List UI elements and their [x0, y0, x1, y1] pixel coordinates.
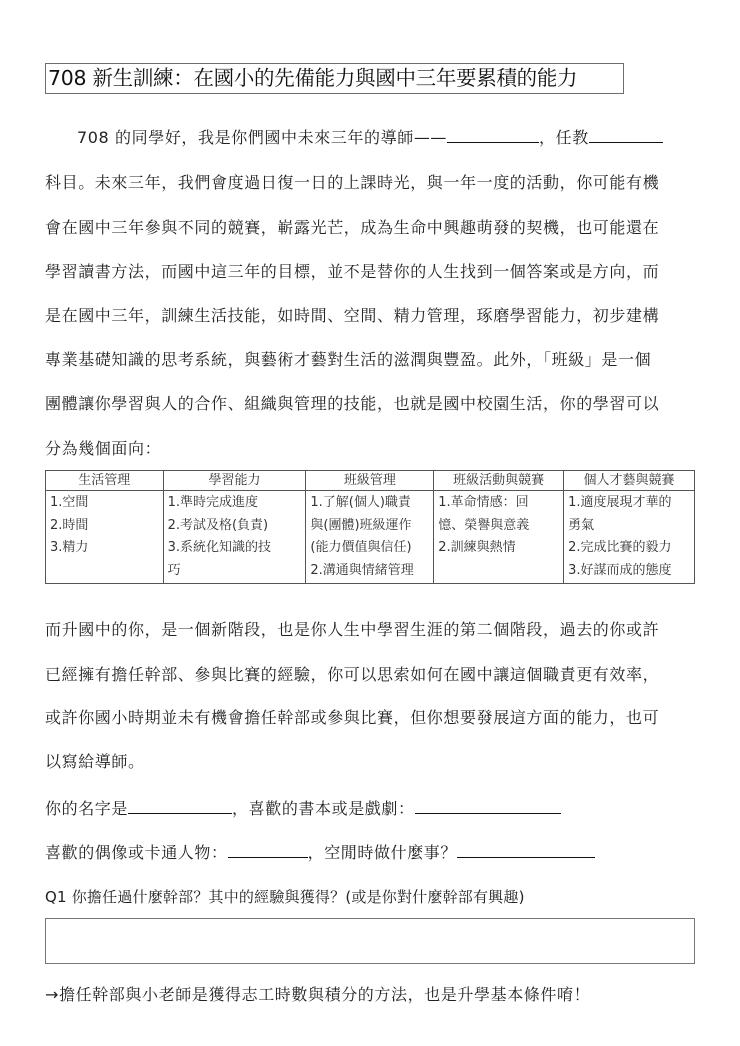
intro-line: 分為幾個面向：	[45, 438, 695, 460]
cell-item: 與(團體)班級運作	[310, 515, 429, 538]
intro-line: 學習讀書方法，而國中這三年的目標，並不是替你的人生找到一個答案或是方向，而	[45, 261, 695, 283]
name-blank[interactable]	[128, 797, 232, 814]
cell-item: 2.溝通與情緒管理	[310, 560, 429, 583]
table-row: 1.空間 2.時間 3.精力 1.準時完成進度 2.考試及格(負責) 3.系統化…	[46, 491, 695, 584]
cell-life-management: 1.空間 2.時間 3.精力	[46, 491, 164, 584]
cell-item: 2.考試及格(負責)	[168, 515, 302, 538]
cell-item: 憶、榮譽與意義	[438, 515, 559, 538]
question-1-label: Q1 你擔任過什麼幹部？其中的經驗與獲得？(或是你對什麼幹部有興趣)	[45, 886, 695, 908]
cell-item: 2.完成比賽的毅力	[568, 537, 690, 560]
intro-line-1: 708 的同學好，我是你們國中未來三年的導師——，任教	[45, 126, 695, 149]
intro-line: 團體讓你學習與人的合作、組織與管理的技能，也就是國中校園生活，你的學習可以	[45, 393, 695, 415]
intro-greeting: 708 的同學好，我是你們國中未來三年的導師——	[77, 128, 447, 147]
cell-item: 3.好謀而成的態度	[568, 560, 690, 583]
header-class-management: 班級管理	[306, 471, 434, 491]
cell-item: 1.準時完成進度	[168, 492, 302, 515]
idol-label: 喜歡的偶像或卡通人物：	[45, 843, 228, 862]
cell-item: 1.空間	[50, 492, 159, 515]
idol-blank[interactable]	[228, 841, 308, 858]
header-class-activities: 班級活動與競賽	[434, 471, 564, 491]
cell-item: 勇氣	[568, 515, 690, 538]
learning-aspects-table: 生活管理 學習能力 班級管理 班級活動與競賽 個人才藝與競賽 1.空間 2.時間…	[45, 470, 695, 584]
form-line-name-book: 你的名字是，喜歡的書本或是戲劇：	[45, 797, 695, 820]
paragraph-line: 以寫給導師。	[45, 751, 695, 773]
cell-item: 2.時間	[50, 515, 159, 538]
teacher-name-blank[interactable]	[447, 126, 539, 143]
cell-class-activities: 1.革命情感：回 憶、榮譽與意義 2.訓練與熱情	[434, 491, 564, 584]
cell-class-management: 1.了解(個人)職責 與(團體)班級運作 (能力價值與信任) 2.溝通與情緒管理	[306, 491, 434, 584]
intro-line: 專業基礎知識的思考系統，與藝術才藝對生活的滋潤與豐盈。此外，「班級」是一個	[45, 349, 695, 371]
paragraph-line: 而升國中的你，是一個新階段，也是你人生中學習生涯的第二個階段，過去的你或許	[45, 619, 695, 641]
question-1-answer-box[interactable]	[45, 918, 695, 964]
table-header-row: 生活管理 學習能力 班級管理 班級活動與競賽 個人才藝與競賽	[46, 471, 695, 491]
footer-note: →擔任幹部與小老師是獲得志工時數與積分的方法，也是升學基本條件唷！	[45, 984, 695, 1006]
cell-item: 3.精力	[50, 537, 159, 560]
paragraph-line: 已經擁有擔任幹部、參與比賽的經驗，你可以思索如何在國中讓這個職責更有效率，	[45, 664, 695, 686]
cell-item: 2.訓練與熱情	[438, 537, 559, 560]
cell-item: 巧	[168, 560, 302, 583]
cell-item: 1.適度展現才華的	[568, 492, 690, 515]
intro-line: 會在國中三年參與不同的競賽，嶄露光芒，成為生命中興趣萌發的契機，也可能還在	[45, 217, 695, 239]
subject-blank[interactable]	[589, 126, 663, 143]
free-time-label: ，空閒時做什麼事？	[308, 843, 457, 862]
intro-line: 是在國中三年，訓練生活技能，如時間、空間、精力管理，琢磨學習能力，初步建構	[45, 305, 695, 327]
book-label: ，喜歡的書本或是戲劇：	[232, 799, 415, 818]
name-label: 你的名字是	[45, 799, 128, 818]
intro-subject-label: ，任教	[539, 128, 589, 147]
header-life-management: 生活管理	[46, 471, 164, 491]
book-blank[interactable]	[415, 797, 561, 814]
cell-item: 3.系統化知識的技	[168, 537, 302, 560]
cell-personal-talent: 1.適度展現才華的 勇氣 2.完成比賽的毅力 3.好謀而成的態度	[564, 491, 695, 584]
header-learning-ability: 學習能力	[163, 471, 306, 491]
cell-learning-ability: 1.準時完成進度 2.考試及格(負責) 3.系統化知識的技 巧	[163, 491, 306, 584]
cell-item: 1.了解(個人)職責	[310, 492, 429, 515]
cell-item: 1.革命情感：回	[438, 492, 559, 515]
intro-line: 科目。未來三年，我們會度過日復一日的上課時光，與一年一度的活動，你可能有機	[45, 172, 695, 194]
cell-item: (能力價值與信任)	[310, 537, 429, 560]
form-line-idol-freetime: 喜歡的偶像或卡通人物：，空閒時做什麼事？	[45, 841, 695, 864]
document-title: 708 新生訓練：在國小的先備能力與國中三年要累積的能力	[45, 63, 624, 94]
paragraph-line: 或許你國小時期並未有機會擔任幹部或參與比賽，但你想要發展這方面的能力，也可	[45, 707, 695, 729]
header-personal-talent: 個人才藝與競賽	[564, 471, 695, 491]
free-time-blank[interactable]	[457, 841, 595, 858]
